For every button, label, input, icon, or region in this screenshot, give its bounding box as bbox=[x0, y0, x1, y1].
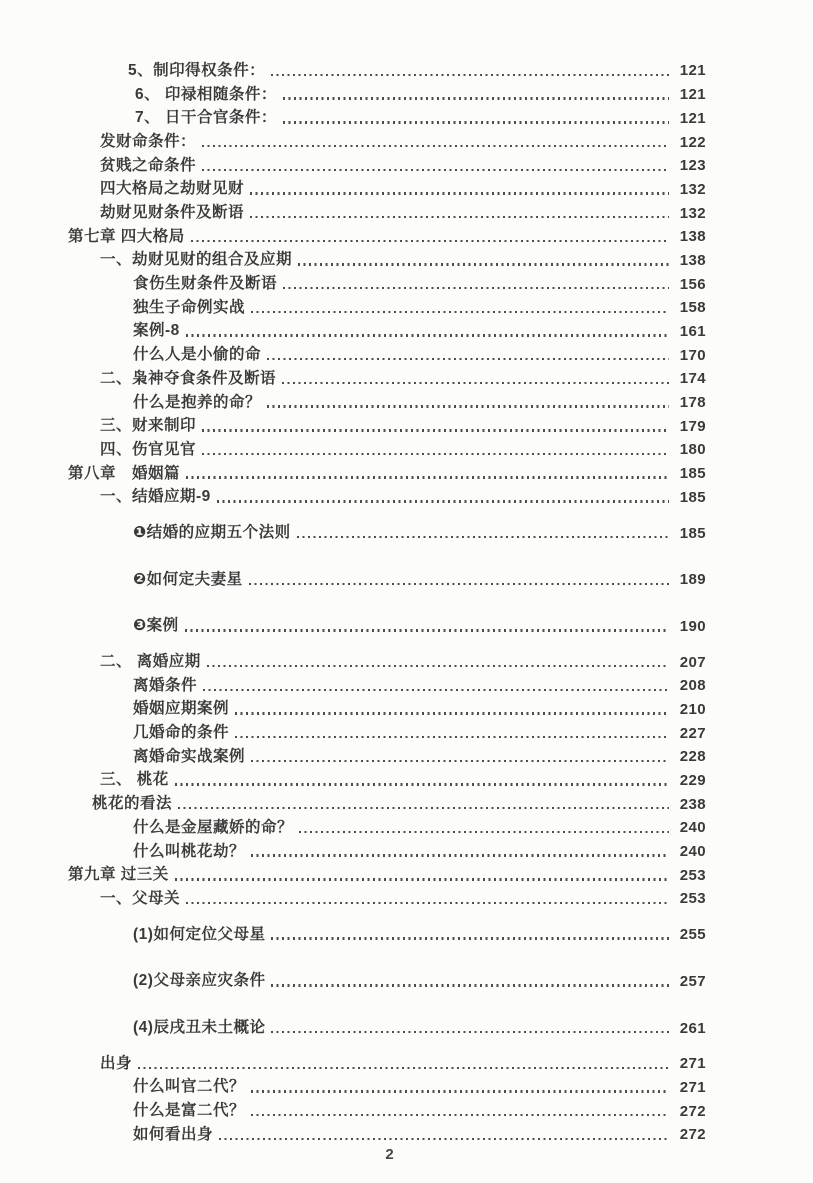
toc-entry-page-number: 185 bbox=[673, 465, 706, 482]
dotted-leader bbox=[235, 712, 669, 714]
dotted-leader bbox=[267, 405, 669, 407]
toc-entry-page-number: 240 bbox=[673, 819, 706, 836]
toc-entry-label: ❸案例 bbox=[133, 617, 179, 635]
toc-entry-label: 如何看出身 bbox=[133, 1126, 213, 1144]
toc-entry: (2)父母亲应灾条件 257 bbox=[0, 966, 706, 990]
dotted-leader bbox=[203, 689, 669, 691]
dotted-leader bbox=[249, 583, 669, 585]
toc-entry-label: ❶结婚的应期五个法则 bbox=[133, 524, 291, 542]
dotted-leader bbox=[251, 311, 669, 313]
toc-entry-page-number: 272 bbox=[673, 1103, 706, 1120]
toc-entry-page-number: 178 bbox=[673, 394, 706, 411]
toc-entry: 二、 离婚应期 207 bbox=[0, 647, 706, 671]
toc-entry-label: 三、财来制印 bbox=[100, 417, 196, 435]
dotted-leader bbox=[219, 1138, 669, 1140]
toc-entry-label: 6、 印禄相随条件： bbox=[135, 86, 277, 104]
toc-entry-label: 二、枭神夺食条件及断语 bbox=[100, 370, 276, 388]
toc-entry-page-number: 138 bbox=[673, 252, 706, 269]
toc-entry-label: (4)辰戌丑未土概论 bbox=[133, 1019, 265, 1037]
toc-entry-page-number: 121 bbox=[673, 62, 706, 79]
toc-entry: 什么人是小偷的命 170 bbox=[0, 340, 706, 364]
toc-entry: 出身 271 bbox=[0, 1049, 706, 1073]
toc-entry: (4)辰戌丑未土概论 261 bbox=[0, 1013, 706, 1037]
toc-entry-page-number: 227 bbox=[673, 725, 706, 742]
dotted-leader bbox=[283, 287, 669, 289]
toc-entry-page-number: 271 bbox=[673, 1055, 706, 1072]
table-of-contents: 5、制印得权条件： 121 6、 印禄相随条件： 121 7、 日干合官条件： … bbox=[0, 56, 706, 1144]
toc-entry: 桃花的看法 238 bbox=[0, 789, 706, 813]
toc-entry-page-number: 161 bbox=[673, 323, 706, 340]
toc-entry: ❷如何定夫妻星 189 bbox=[0, 565, 706, 589]
dotted-leader bbox=[251, 1114, 669, 1116]
toc-entry-page-number: 190 bbox=[673, 618, 706, 635]
toc-entry-label: 一、劫财见财的组合及应期 bbox=[100, 251, 292, 269]
toc-entry-page-number: 156 bbox=[673, 276, 706, 293]
toc-entry: 婚姻应期案例 210 bbox=[0, 695, 706, 719]
toc-entry: 离婚命实战案例 228 bbox=[0, 742, 706, 766]
toc-entry-label: 什么叫官二代？ bbox=[133, 1078, 245, 1096]
toc-entry-label: 7、 日干合官条件： bbox=[135, 109, 277, 127]
dotted-leader bbox=[186, 476, 669, 478]
toc-entry-page-number: 123 bbox=[673, 157, 706, 174]
toc-entry: 劫财见财条件及断语 132 bbox=[0, 198, 706, 222]
toc-entry: 第九章 过三关 253 bbox=[0, 860, 706, 884]
toc-entry: 第七章 四大格局 138 bbox=[0, 222, 706, 246]
dotted-leader bbox=[251, 760, 669, 762]
dotted-leader bbox=[271, 1031, 669, 1033]
dotted-leader bbox=[251, 1090, 669, 1092]
toc-entry-page-number: 228 bbox=[673, 748, 706, 765]
toc-entry-page-number: 207 bbox=[673, 654, 706, 671]
toc-entry-page-number: 158 bbox=[673, 299, 706, 316]
dotted-leader bbox=[138, 1067, 669, 1069]
dotted-leader bbox=[185, 629, 669, 631]
toc-entry-label: 什么人是小偷的命 bbox=[133, 346, 261, 364]
dotted-leader bbox=[250, 216, 669, 218]
footer-page-number: 2 bbox=[385, 1146, 393, 1163]
toc-entry: ❶结婚的应期五个法则 185 bbox=[0, 518, 706, 542]
toc-entry: 案例-8 161 bbox=[0, 317, 706, 341]
toc-entry: 三、财来制印 179 bbox=[0, 411, 706, 435]
dotted-leader bbox=[271, 74, 669, 76]
scanned-toc-page: 5、制印得权条件： 121 6、 印禄相随条件： 121 7、 日干合官条件： … bbox=[0, 0, 813, 1183]
toc-entry-label: 第七章 四大格局 bbox=[68, 228, 185, 246]
dotted-leader bbox=[282, 382, 669, 384]
dotted-leader bbox=[283, 97, 669, 99]
toc-entry-label: 离婚命实战案例 bbox=[133, 748, 245, 766]
toc-entry: 什么叫官二代？ 271 bbox=[0, 1072, 706, 1096]
toc-entry-page-number: 261 bbox=[673, 1020, 706, 1037]
toc-entry-page-number: 121 bbox=[673, 110, 706, 127]
dotted-leader bbox=[283, 121, 669, 123]
dotted-leader bbox=[186, 334, 669, 336]
dotted-leader bbox=[202, 145, 669, 147]
toc-entry-label: 婚姻应期案例 bbox=[133, 700, 229, 718]
dotted-leader bbox=[235, 736, 669, 738]
toc-entry: 离婚条件 208 bbox=[0, 671, 706, 695]
toc-entry-label: ❷如何定夫妻星 bbox=[133, 571, 243, 589]
toc-entry: 独生子命例实战 158 bbox=[0, 293, 706, 317]
toc-entry-label: 食伤生财条件及断语 bbox=[133, 275, 277, 293]
toc-entry-label: 一、结婚应期-9 bbox=[100, 488, 211, 506]
toc-entry: 什么叫桃花劫？ 240 bbox=[0, 837, 706, 861]
toc-entry-page-number: 240 bbox=[673, 843, 706, 860]
toc-entry-page-number: 121 bbox=[673, 86, 706, 103]
dotted-leader bbox=[217, 500, 669, 502]
toc-entry-page-number: 253 bbox=[673, 867, 706, 884]
toc-entry: 食伤生财条件及断语 156 bbox=[0, 269, 706, 293]
toc-entry: 三、 桃花 229 bbox=[0, 766, 706, 790]
toc-entry: 7、 日干合官条件： 121 bbox=[0, 103, 706, 127]
toc-entry-page-number: 132 bbox=[673, 181, 706, 198]
toc-entry-label: 三、 桃花 bbox=[100, 771, 169, 789]
toc-entry: 一、劫财见财的组合及应期 138 bbox=[0, 246, 706, 270]
toc-entry-page-number: 272 bbox=[673, 1126, 706, 1143]
toc-entry: 6、 印禄相随条件： 121 bbox=[0, 80, 706, 104]
toc-entry: 如何看出身 272 bbox=[0, 1120, 706, 1144]
dotted-leader bbox=[186, 902, 669, 904]
toc-entry-label: 二、 离婚应期 bbox=[100, 653, 201, 671]
toc-entry-label: 5、制印得权条件： bbox=[128, 62, 265, 80]
toc-entry: 第八章 婚姻篇 185 bbox=[0, 459, 706, 483]
toc-entry-page-number: 179 bbox=[673, 418, 706, 435]
toc-entry: 什么是抱养的命？ 178 bbox=[0, 388, 706, 412]
toc-entry: 几婚命的条件 227 bbox=[0, 718, 706, 742]
toc-entry-page-number: 189 bbox=[673, 571, 706, 588]
toc-entry-page-number: 253 bbox=[673, 890, 706, 907]
toc-entry-label: 四、伤官见官 bbox=[100, 441, 196, 459]
toc-entry-page-number: 229 bbox=[673, 772, 706, 789]
toc-entry-page-number: 122 bbox=[673, 134, 706, 151]
dotted-leader bbox=[202, 429, 669, 431]
toc-entry-page-number: 208 bbox=[673, 677, 706, 694]
dotted-leader bbox=[178, 807, 669, 809]
toc-entry-label: 案例-8 bbox=[133, 322, 180, 340]
toc-entry-page-number: 138 bbox=[673, 228, 706, 245]
toc-entry: (1)如何定位父母星 255 bbox=[0, 920, 706, 944]
toc-entry-page-number: 185 bbox=[673, 489, 706, 506]
toc-entry: 什么是金屋藏娇的命？ 240 bbox=[0, 813, 706, 837]
toc-entry-label: 独生子命例实战 bbox=[133, 299, 245, 317]
toc-entry-page-number: 210 bbox=[673, 701, 706, 718]
toc-entry-label: 离婚条件 bbox=[133, 677, 197, 695]
toc-entry-page-number: 185 bbox=[673, 525, 706, 542]
dotted-leader bbox=[297, 536, 669, 538]
toc-entry-label: 第八章 婚姻篇 bbox=[68, 465, 180, 483]
toc-entry-page-number: 170 bbox=[673, 347, 706, 364]
toc-entry-page-number: 132 bbox=[673, 205, 706, 222]
dotted-leader bbox=[271, 984, 669, 986]
toc-entry: ❸案例 190 bbox=[0, 611, 706, 635]
toc-entry-page-number: 257 bbox=[673, 973, 706, 990]
dotted-leader bbox=[202, 453, 669, 455]
dotted-leader bbox=[202, 169, 669, 171]
toc-entry-label: 桃花的看法 bbox=[92, 795, 172, 813]
toc-entry: 什么是富二代？ 272 bbox=[0, 1096, 706, 1120]
toc-entry-page-number: 180 bbox=[673, 441, 706, 458]
dotted-leader bbox=[207, 665, 669, 667]
dotted-leader bbox=[298, 263, 669, 265]
toc-entry-label: 什么是富二代？ bbox=[133, 1102, 245, 1120]
dotted-leader bbox=[267, 358, 669, 360]
toc-entry-label: 发财命条件： bbox=[100, 133, 196, 151]
toc-entry: 二、枭神夺食条件及断语 174 bbox=[0, 364, 706, 388]
toc-entry-label: 贫贱之命条件 bbox=[100, 157, 196, 175]
toc-entry-label: 什么是抱养的命？ bbox=[133, 394, 261, 412]
toc-entry-label: 第九章 过三关 bbox=[68, 866, 169, 884]
toc-entry-label: 四大格局之劫财见财 bbox=[100, 180, 244, 198]
toc-entry: 一、父母关 253 bbox=[0, 884, 706, 908]
toc-entry: 四、伤官见官 180 bbox=[0, 435, 706, 459]
toc-entry-label: (1)如何定位父母星 bbox=[133, 926, 265, 944]
dotted-leader bbox=[299, 831, 669, 833]
dotted-leader bbox=[251, 854, 669, 856]
dotted-leader bbox=[175, 783, 669, 785]
toc-entry-page-number: 238 bbox=[673, 796, 706, 813]
toc-entry: 5、制印得权条件： 121 bbox=[0, 56, 706, 80]
toc-entry-label: 出身 bbox=[100, 1055, 132, 1073]
page-footer: 2 bbox=[0, 1146, 813, 1163]
toc-entry-label: 几婚命的条件 bbox=[133, 724, 229, 742]
toc-entry-page-number: 255 bbox=[673, 926, 706, 943]
dotted-leader bbox=[191, 240, 669, 242]
toc-entry-page-number: 174 bbox=[673, 370, 706, 387]
dotted-leader bbox=[175, 878, 669, 880]
toc-entry-label: (2)父母亲应灾条件 bbox=[133, 972, 265, 990]
dotted-leader bbox=[250, 192, 669, 194]
toc-entry-label: 一、父母关 bbox=[100, 890, 180, 908]
toc-entry-page-number: 271 bbox=[673, 1079, 706, 1096]
toc-entry: 一、结婚应期-9 185 bbox=[0, 482, 706, 506]
toc-entry: 贫贱之命条件 123 bbox=[0, 151, 706, 175]
toc-entry: 四大格局之劫财见财 132 bbox=[0, 174, 706, 198]
toc-entry: 发财命条件： 122 bbox=[0, 127, 706, 151]
toc-entry-label: 劫财见财条件及断语 bbox=[100, 204, 244, 222]
dotted-leader bbox=[271, 937, 669, 939]
toc-entry-label: 什么叫桃花劫？ bbox=[133, 843, 245, 861]
toc-entry-label: 什么是金屋藏娇的命？ bbox=[133, 819, 293, 837]
